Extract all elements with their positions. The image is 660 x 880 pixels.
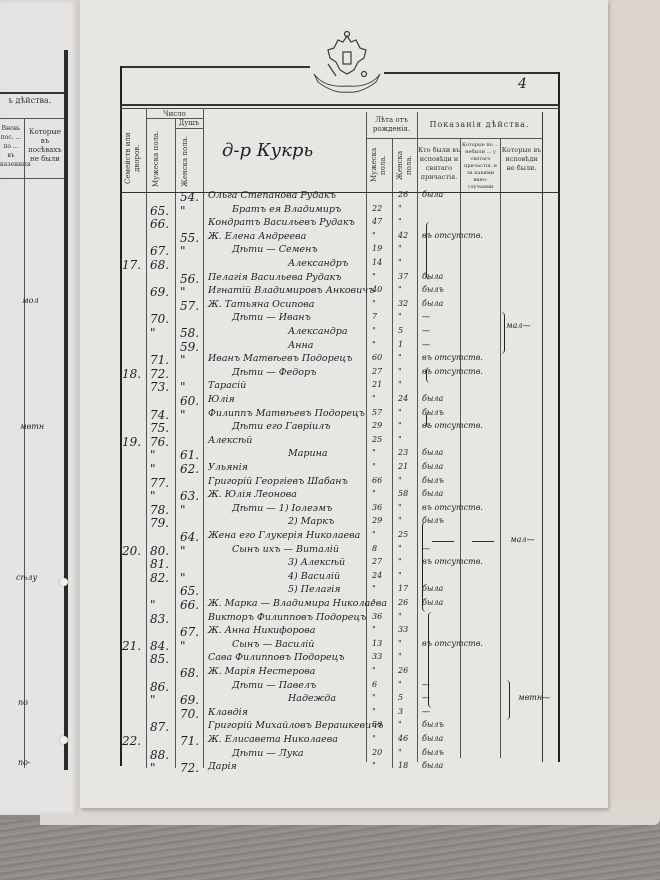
village-heading: д-р Кукрь [222,140,313,161]
margin-note: мал— [506,321,531,330]
age-male: " [372,340,376,349]
age-male: " [372,326,376,335]
age-female: 25 [398,530,408,539]
person-name: Сынъ ихъ — Виталій [232,544,339,555]
left-page-note: мвтн [20,422,44,431]
confession-status: въ отсутств. [422,557,483,566]
male-soul-number: 81. [150,557,169,571]
person-name: Алексѣй [208,435,252,446]
age-female: " [398,639,402,648]
age-male: 47 [372,217,382,226]
age-male: " [372,448,376,457]
header-count: Число [146,110,203,119]
left-page-col-divider [24,118,25,768]
person-name: Филиппъ Матвѣевъ Подорецъ [208,408,365,419]
header-female: Женска пола. [181,134,199,188]
left-page-rule [0,92,68,94]
confession-status: былъ [422,476,444,485]
left-page-note: по- [18,758,31,767]
female-soul-number: 69. [180,693,199,707]
female-soul-number: 57. [180,299,199,313]
female-soul-number: 61. [180,448,199,462]
age-female: 3 [398,707,403,716]
female-soul-number: " [180,408,186,422]
male-soul-number: " [150,489,156,503]
age-female: " [398,285,402,294]
person-name: Сынъ — Василій [232,639,314,650]
male-soul-number: " [150,761,156,775]
age-male: " [372,462,376,471]
confession-status: — [422,340,430,349]
person-name: Ж. Елена Андреева [208,231,306,242]
male-soul-number: 67. [150,244,169,258]
age-male: " [372,598,376,607]
person-name: Жена его Глукерія Николаева [208,530,360,541]
age-male: " [372,707,376,716]
person-name: Дѣти его Гавріилъ [232,421,331,432]
male-soul-number: 68. [150,258,169,272]
female-soul-number: 72. [180,761,199,775]
confession-status: была [422,394,443,403]
age-male: " [372,625,376,634]
family-number: 22. [122,734,141,748]
col-divider [417,112,418,762]
confession-status: была [422,489,443,498]
age-female: " [398,557,402,566]
age-male: 21 [372,380,382,389]
col-divider [366,112,367,762]
male-soul-number: 70. [150,312,169,326]
person-name: Клавдія [208,707,248,718]
male-soul-number: " [150,462,156,476]
male-soul-number: 82. [150,571,169,585]
person-name: Дѣти — Семенъ [232,244,318,255]
confession-status: — [422,312,430,321]
male-soul-number: 66. [150,217,169,231]
person-name: Ж. Юлія Леонова [208,489,297,500]
female-soul-number: 62. [180,462,199,476]
person-name: 3) Алексѣй [288,557,345,568]
female-soul-number: 67. [180,625,199,639]
header-age-male: Мужеска пола. [370,142,388,188]
age-male: 33 [372,652,382,661]
margin-note: мвтн— [518,693,550,702]
left-page-note: сѣлу [16,573,37,582]
confession-status: была [422,190,443,199]
margin-note: мал— [510,535,535,544]
family-number: 17. [122,258,141,272]
age-female: 18 [398,761,408,770]
dash [432,541,454,542]
age-male: " [372,272,376,281]
male-soul-number: 71. [150,353,169,367]
female-soul-number: " [180,571,186,585]
age-female: " [398,217,402,226]
binding-hole [60,736,68,744]
person-name: Марина [288,448,328,459]
header-male: Мужеска пола. [152,130,170,188]
age-male: " [372,693,376,702]
age-female: " [398,421,402,430]
person-name: Дѣти — Лука [232,748,304,759]
brace [426,367,430,383]
confession-status: былъ [422,720,444,729]
person-name: Ж. Марія Нестерова [208,666,315,677]
left-page-note: по [18,698,28,707]
age-female: " [398,720,402,729]
brace [426,412,430,428]
person-name: Братъ ея Владимиръ [232,204,341,215]
age-male: 22 [372,204,382,213]
age-female: " [398,258,402,267]
female-soul-number: 56. [180,272,199,286]
person-name: Александръ [288,258,348,269]
age-female: 17 [398,584,408,593]
age-female: 26 [398,598,408,607]
age-female: " [398,571,402,580]
person-name: Игнатій Владимировъ Анковичъ [208,285,374,296]
age-female: " [398,244,402,253]
female-soul-number: 58. [180,326,199,340]
male-soul-number: 65. [150,204,169,218]
age-female: " [398,380,402,389]
age-male: 20 [372,748,382,757]
page-number: 4 [518,76,527,92]
person-name: Иванъ Матвѣевъ Подорецъ [208,353,352,364]
age-male: 25 [372,435,382,444]
male-soul-number: 75. [150,421,169,435]
female-soul-number: 70. [180,707,199,721]
header-status-confessed: Кто были въ исповѣди и святаго причастія… [418,146,460,182]
person-name: Надежда [288,693,336,704]
male-soul-number: 72. [150,367,169,381]
left-page-rule [0,178,68,179]
col-divider [175,118,176,768]
confession-status: была [422,299,443,308]
brace [500,312,505,354]
underlying-page-edge [600,0,660,800]
female-soul-number: 65. [180,584,199,598]
person-name: Дѣти — 1) Іолеэмъ [232,503,332,514]
binding-spine [64,50,68,770]
female-soul-number: " [180,503,186,517]
age-female: 23 [398,448,408,457]
person-name: Ольга Степанова Рудакъ [208,190,336,201]
person-name: 5) Пелагія [288,584,341,595]
female-soul-number: 63. [180,489,199,503]
age-male: " [372,666,376,675]
age-male: 66 [372,476,382,485]
age-female: " [398,435,402,444]
person-name: Ж. Елисавета Николаева [208,734,338,745]
binding-hole [60,578,68,586]
left-page-col-header: Вновь пос. ... по ... въ казенныя [0,124,22,169]
age-male: 8 [372,544,377,553]
col-divider [392,138,393,768]
left-page-col-header: Которые въ посѣвахъ не были [26,128,64,164]
age-female: 26 [398,190,408,199]
age-female: " [398,503,402,512]
age-female: " [398,544,402,553]
age-male: 27 [372,367,382,376]
age-female: " [398,476,402,485]
age-female: " [398,748,402,757]
person-name: Тарасій [208,380,246,391]
female-soul-number: " [180,244,186,258]
header-status-not-confessed: Которые въ исповѣди не были. [501,146,542,173]
header-families: Семейств или дворов. [124,130,144,186]
person-name: Дѣти — Иванъ [232,312,311,323]
person-name: Сава Филипповъ Подорецъ [208,652,345,663]
person-name: Викторъ Филипповъ Подорецъ [208,612,366,623]
age-female: " [398,516,402,525]
person-name: Дѣти — Павелъ [232,680,316,691]
age-male: 29 [372,421,382,430]
top-rule-right [384,72,560,74]
male-soul-number: 78. [150,503,169,517]
age-male: " [372,530,376,539]
confession-status: въ отсутств. [422,353,483,362]
age-female: 5 [398,693,403,702]
age-male: 40 [372,285,382,294]
confession-status: была [422,761,443,770]
age-female: 32 [398,299,408,308]
person-name: Александра [288,326,348,337]
person-name: Дарія [208,761,237,772]
male-soul-number: 80. [150,544,169,558]
female-soul-number: 66. [180,598,199,612]
age-female: 58 [398,489,408,498]
age-female: " [398,353,402,362]
col-divider [203,108,204,768]
age-female: " [398,367,402,376]
confession-status: въ отсутств. [422,421,483,430]
left-page-rule [0,118,68,119]
confession-status: — [422,707,430,716]
female-soul-number: " [180,285,186,299]
age-female: 26 [398,666,408,675]
table-border-left [120,66,122,766]
age-female: 42 [398,231,408,240]
col-divider [146,108,147,768]
male-soul-number: " [150,448,156,462]
table-border-right [558,72,560,762]
age-male: 7 [372,312,377,321]
female-soul-number: " [180,204,186,218]
age-male: 14 [372,258,382,267]
male-soul-number: 73. [150,380,169,394]
male-soul-number: " [150,598,156,612]
person-name: Пелагія Васильева Рудакъ [208,272,342,283]
age-male: " [372,299,376,308]
left-page-header: ь дѣйства. [0,96,60,105]
age-female: " [398,652,402,661]
person-name: Григорій Георгіевъ Шабанъ [208,476,348,487]
confession-status: была [422,734,443,743]
col-divider [500,138,501,758]
confession-status: былъ [422,285,444,294]
male-soul-number: 79. [150,516,169,530]
person-name: Кондратъ Васильевъ Рудакъ [208,217,355,228]
person-name: Юлія [208,394,235,405]
person-name: Ж. Татьяна Осипова [208,299,314,310]
family-number: 20. [122,544,141,558]
confession-status: былъ [422,748,444,757]
age-male: 57 [372,408,382,417]
female-soul-number: 55. [180,231,199,245]
confession-status: въ отсутств. [422,231,483,240]
age-female: 1 [398,340,403,349]
header-age: Лѣта отъ рожденія. [366,116,417,134]
person-name: Ж. Анна Никифорова [208,625,315,636]
family-number: 19. [122,435,141,449]
age-male: 50 [372,720,382,729]
age-female: " [398,204,402,213]
age-male: 6 [372,680,377,689]
header-rule-top-inner [120,108,560,109]
person-name: Ж. Марка — Владимира Николаева [208,598,387,609]
header-rule [366,138,542,139]
person-name: Анна [288,340,313,351]
male-soul-number: " [150,693,156,707]
age-male: 60 [372,353,382,362]
confession-status: была [422,448,443,457]
wooden-table-surface [0,820,660,880]
person-name: 4) Василій [288,571,340,582]
female-soul-number: " [180,544,186,558]
age-male: " [372,394,376,403]
header-age-female: Женска пола. [396,142,414,188]
age-male: " [372,734,376,743]
person-name: Григорій Михайловъ Верашкевичъ [208,720,383,731]
age-female: 21 [398,462,408,471]
confession-status: въ отсутств. [422,367,483,376]
age-male: 27 [372,557,382,566]
col-divider [542,112,543,762]
brace [428,612,432,708]
female-soul-number: 71. [180,734,199,748]
male-soul-number: 88. [150,748,169,762]
age-male: " [372,761,376,770]
confession-status: въ отсутств. [422,503,483,512]
male-soul-number: " [150,326,156,340]
header-status: Показанія дѣйства. [417,120,542,129]
age-female: 33 [398,625,408,634]
male-soul-number: 87. [150,720,169,734]
male-soul-number: 77. [150,476,169,490]
left-page-note: мол [22,296,39,305]
male-soul-number: 76. [150,435,169,449]
male-soul-number: 85. [150,652,169,666]
age-female: " [398,312,402,321]
brace [422,522,426,612]
female-soul-number: " [180,639,186,653]
double-headed-eagle-icon [310,28,384,94]
header-souls: Душъ [175,119,203,128]
brace [426,222,431,280]
age-male: 36 [372,503,382,512]
age-male: 13 [372,639,382,648]
age-male: 24 [372,571,382,580]
age-female: 37 [398,272,408,281]
confession-status: была [422,462,443,471]
top-rule-left [120,66,310,68]
age-male: 29 [372,516,382,525]
brace [505,680,510,720]
person-name: Ульянія [208,462,248,473]
female-soul-number: 59. [180,340,199,354]
male-soul-number: 83. [150,612,169,626]
age-male: " [372,231,376,240]
female-soul-number: " [180,380,186,394]
male-soul-number: 86. [150,680,169,694]
person-name: Дѣти — Федоръ [232,367,316,378]
header-rule-top [120,104,560,106]
age-female: " [398,680,402,689]
female-soul-number: 64. [180,530,199,544]
age-female: 24 [398,394,408,403]
age-female: " [398,612,402,621]
age-male: " [372,584,376,593]
person-name: 2) Маркъ [288,516,334,527]
age-female: " [398,408,402,417]
male-soul-number: 74. [150,408,169,422]
header-rule [175,128,203,129]
age-male: 36 [372,612,382,621]
female-soul-number: 68. [180,666,199,680]
female-soul-number: 54. [180,190,199,204]
confession-status: — [422,326,430,335]
family-number: 21. [122,639,141,653]
age-female: 5 [398,326,403,335]
age-male: 19 [372,244,382,253]
male-soul-number: 84. [150,639,169,653]
age-female: 46 [398,734,408,743]
age-male: " [372,489,376,498]
dash [472,541,494,542]
female-soul-number: 60. [180,394,199,408]
family-number: 18. [122,367,141,381]
header-status-absent: Которые по ... небыли ... у святаго прич… [461,142,500,191]
female-soul-number: " [180,353,186,367]
male-soul-number: 69. [150,285,169,299]
